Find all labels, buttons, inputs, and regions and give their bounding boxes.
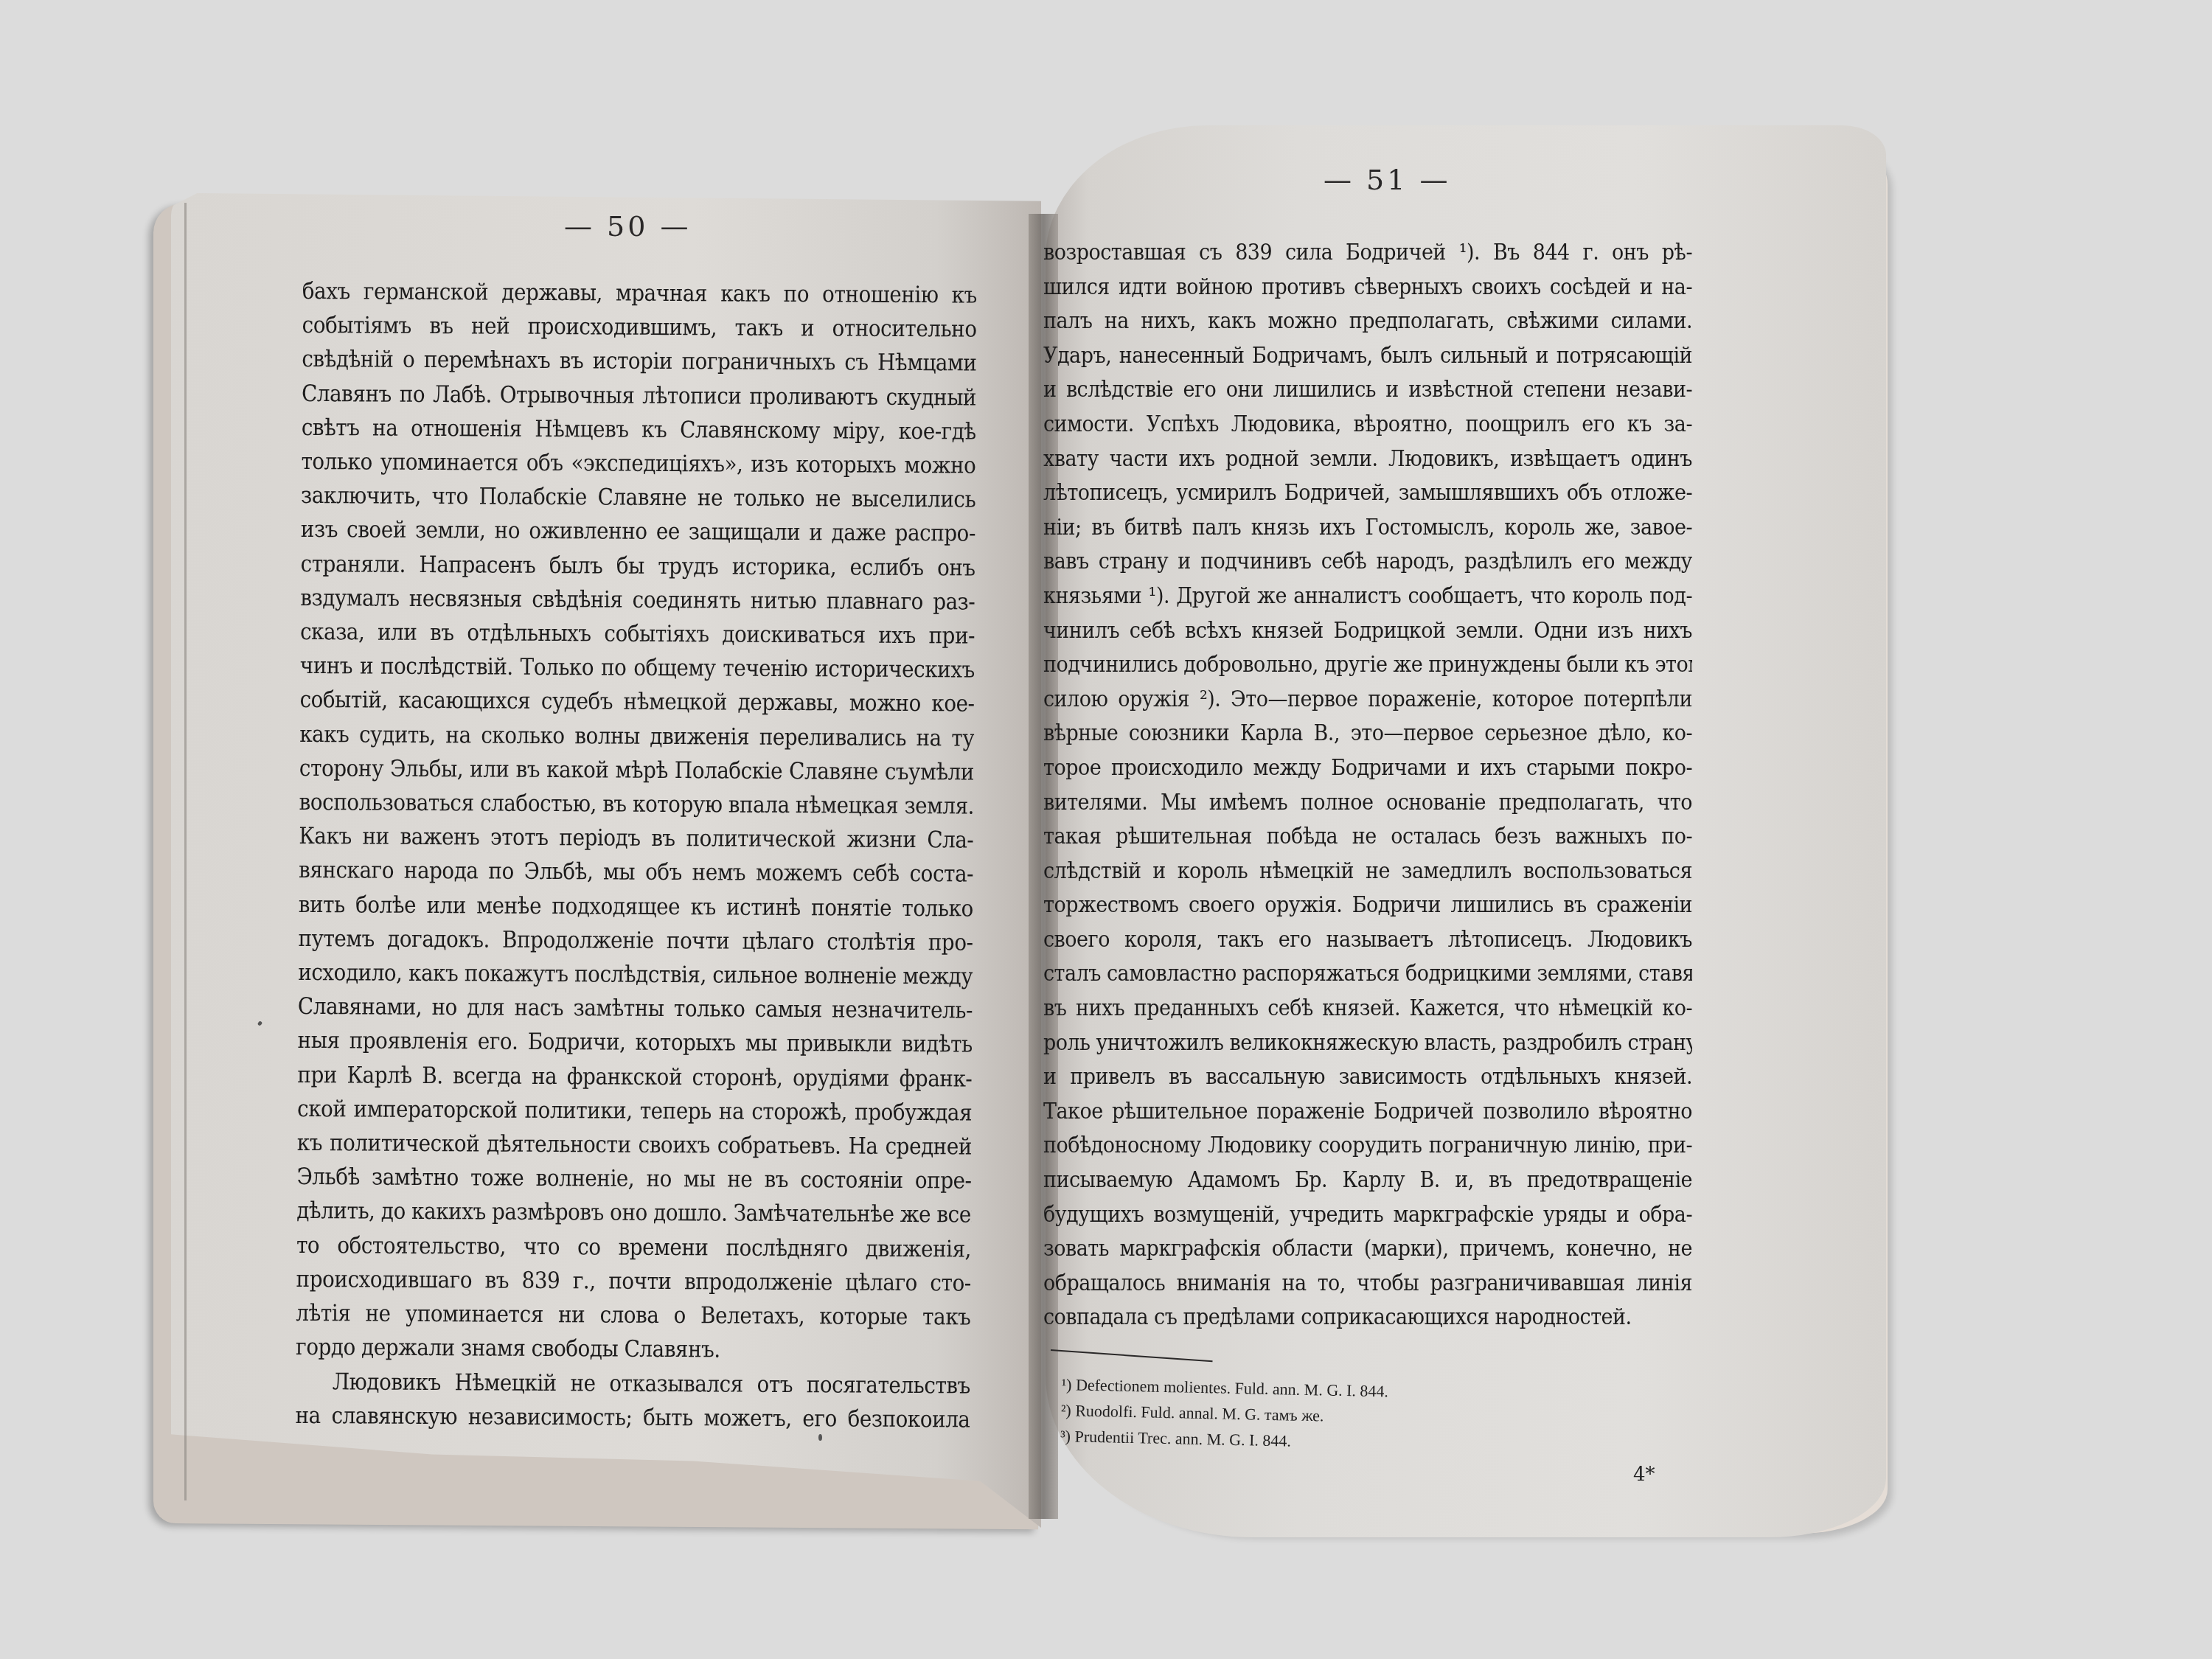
- text-line: при Карлѣ В. всегда на франкской сторонѣ…: [297, 1058, 972, 1096]
- text-line: силою оружія ²). Это—первое пораженіе, к…: [1043, 683, 1692, 717]
- text-line: такая рѣшительная побѣда не осталась без…: [1043, 820, 1692, 855]
- text-line: заключить, что Полабскіе Славяне не толь…: [301, 479, 975, 517]
- text-line: палъ на нихъ, какъ можно предполагать, с…: [1043, 305, 1692, 339]
- text-line: событіямъ въ ней происходившимъ, такъ и …: [302, 308, 976, 347]
- footnotes: ¹) Defectionem molientes. Fuld. ann. M. …: [1060, 1371, 1578, 1460]
- text-line: шился идти войною противъ сѣверныхъ свои…: [1043, 271, 1692, 305]
- text-line: возроставшая съ 839 сила Бодричей ¹). Въ…: [1043, 236, 1692, 271]
- left-page-body: бахъ германской державы, мрачная какъ по…: [295, 274, 977, 1436]
- paper-speck: [818, 1434, 822, 1441]
- text-line: лѣтописецъ, усмирилъ Бодричей, замышлявш…: [1043, 476, 1692, 511]
- text-line: въ нихъ преданныхъ себѣ князей. Кажется,…: [1043, 992, 1692, 1026]
- page-number-right: — 51 —: [1324, 164, 1451, 196]
- signature-mark: 4*: [1633, 1464, 1655, 1486]
- text-line: побѣдоносному Людовику соорудить пограни…: [1043, 1129, 1692, 1164]
- text-line: только упоминается объ «экспедиціяхъ», и…: [301, 445, 975, 483]
- text-line: роль уничтожилъ великокняжескую власть, …: [1043, 1026, 1692, 1061]
- text-line: торое происходило между Бодричами и ихъ …: [1043, 751, 1692, 786]
- text-line: свѣтъ на отношенія Нѣмцевъ къ Славянском…: [302, 411, 976, 449]
- text-line: то обстоятельство, что со времени послѣд…: [296, 1228, 971, 1267]
- text-line: бахъ германской державы, мрачная какъ по…: [302, 274, 977, 313]
- text-line: изъ своей земли, но оживленно ее защищал…: [301, 512, 975, 551]
- text-line: сталъ самовластно распоряжаться бодрицки…: [1043, 957, 1692, 992]
- text-line: Эльбѣ замѣтно тоже волненіе, но мы не въ…: [296, 1160, 971, 1198]
- text-line: сторону Эльбы, или въ какой мѣрѣ Полабск…: [299, 751, 974, 790]
- text-line: ныя проявленія его. Бодричи, которыхъ мы…: [298, 1023, 973, 1062]
- text-line: на славянскую независимость; быть можетъ…: [295, 1399, 970, 1437]
- text-line: вздумалъ несвязныя свѣдѣнія соединять ни…: [300, 581, 975, 619]
- page-number-left: — 50 —: [564, 210, 692, 243]
- text-line: вителями. Мы имѣемъ полное основаніе пре…: [1043, 786, 1692, 821]
- text-line: князьями ¹). Другой же анналистъ сообщае…: [1043, 580, 1692, 614]
- text-line: своего короля, такъ его называетъ лѣтопи…: [1043, 923, 1692, 958]
- text-line: совпадала съ предѣлами соприкасающихся н…: [1043, 1301, 1692, 1335]
- text-line: симости. Успѣхъ Людовика, вѣроятно, поощ…: [1043, 408, 1692, 442]
- text-line: Такое рѣшительное пораженіе Бодричей поз…: [1043, 1095, 1692, 1130]
- text-line: свѣдѣній о перемѣнахъ въ исторіи пограни…: [302, 342, 976, 380]
- text-line: вавъ страну и подчинивъ себѣ народъ, раз…: [1043, 545, 1692, 580]
- text-line: Какъ ни важенъ этотъ періодъ въ политиче…: [299, 819, 973, 858]
- text-line: вить болѣе или менѣе подходящее къ истин…: [299, 888, 973, 926]
- text-line: обращалось вниманія на то, чтобы разгран…: [1043, 1267, 1692, 1301]
- text-line: чинилъ себѣ всѣхъ князей Бодрицкой земли…: [1043, 614, 1692, 649]
- text-line: ской императорской политики, теперь на с…: [297, 1092, 972, 1130]
- text-line: вѣрные союзники Карла В., это—первое сер…: [1043, 717, 1692, 751]
- text-line: ніи; въ битвѣ палъ князь ихъ Гостомыслъ,…: [1043, 511, 1692, 546]
- right-page-body: возроставшая съ 839 сила Бодричей ¹). Въ…: [1043, 236, 1692, 1335]
- text-line: хвату части ихъ родной земли. Людовикъ, …: [1043, 442, 1692, 477]
- text-line: къ политической дѣятельности своихъ собр…: [297, 1126, 972, 1164]
- text-line: воспользоваться слабостью, въ которую вп…: [299, 785, 973, 824]
- text-line: исходило, какъ покажутъ послѣдствія, сил…: [298, 956, 973, 994]
- text-line: и привелъ въ вассальную зависимость отдѣ…: [1043, 1060, 1692, 1095]
- text-line: сказа, или въ отдѣльныхъ событіяхъ доиск…: [300, 615, 975, 653]
- text-line: страняли. Напрасенъ былъ бы трудъ истори…: [300, 547, 975, 585]
- text-line: путемъ догадокъ. Впродолженіе почти цѣла…: [298, 922, 973, 960]
- text-line: Славянъ по Лабѣ. Отрывочныя лѣтописи про…: [302, 377, 976, 415]
- text-line: Ударъ, нанесенный Бодричамъ, былъ сильны…: [1043, 339, 1692, 374]
- text-line: торжествомъ своего оружія. Бодричи лишил…: [1043, 888, 1692, 923]
- text-line: Славянами, но для насъ замѣтны только са…: [298, 990, 973, 1028]
- text-line: Людовикъ Нѣмецкій не отказывался отъ пос…: [296, 1364, 970, 1402]
- text-line: чинъ и послѣдствій. Только по общему теч…: [300, 649, 975, 687]
- text-line: гордо держали знамя свободы Славянъ.: [296, 1330, 970, 1368]
- text-line: вянскаго народа по Эльбѣ, мы объ немъ мо…: [299, 853, 973, 891]
- text-line: какъ судить, на сколько волны движенія п…: [299, 717, 974, 756]
- text-line: лѣтія не упоминается ни слова о Велетахъ…: [296, 1296, 970, 1335]
- text-line: подчинились добровольно, другіе же прину…: [1043, 648, 1692, 683]
- left-page-edge-line: [184, 203, 187, 1500]
- text-line: слѣдствій и король нѣмецкій не замедлилъ…: [1043, 855, 1692, 889]
- text-line: и вслѣдствіе его они лишились и извѣстно…: [1043, 373, 1692, 408]
- text-line: зовать маркграфскія области (марки), при…: [1043, 1232, 1692, 1267]
- text-line: будущихъ возмущеній, учредить маркграфск…: [1043, 1198, 1692, 1233]
- text-line: писываемую Адамомъ Бр. Карлу В. и, въ пр…: [1043, 1164, 1692, 1198]
- open-book: — 50 — бахъ германской державы, мрачная …: [0, 0, 2212, 1659]
- text-line: дѣлить, до какихъ размѣровъ оно дошло. З…: [296, 1194, 971, 1232]
- text-line: событій, касающихся судебъ нѣмецкой держ…: [299, 683, 974, 721]
- text-line: происходившаго въ 839 г., почти впродолж…: [296, 1262, 971, 1301]
